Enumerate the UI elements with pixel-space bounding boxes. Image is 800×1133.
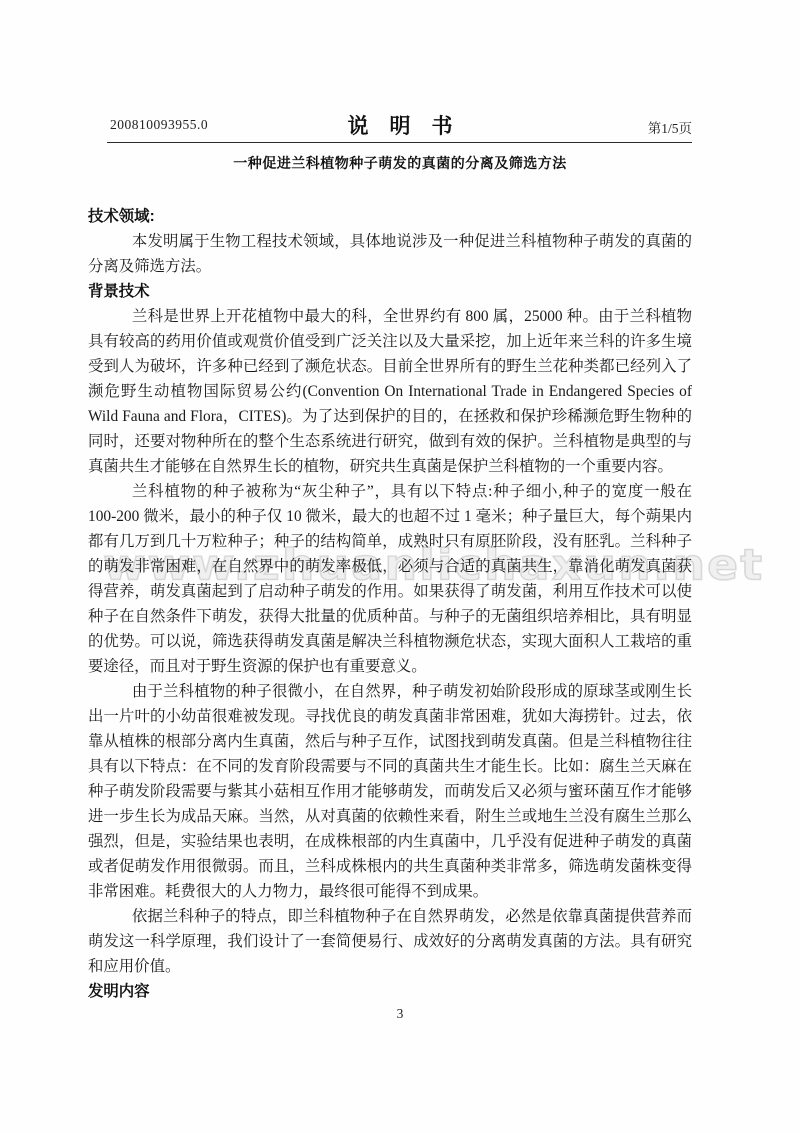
header-divider (107, 142, 692, 143)
section-heading-technical-field: 技术领域: (88, 204, 692, 229)
paragraph: 兰科是世界上开花植物中最大的科，全世界约有 800 属，25000 种。由于兰科… (88, 304, 692, 479)
paragraph: 由于兰科植物的种子很微小，在自然界，种子萌发初始阶段形成的原球茎或刚生长出一片叶… (88, 679, 692, 904)
invention-title: 一种促进兰科植物种子萌发的真菌的分离及筛选方法 (0, 153, 800, 173)
page-indicator: 第1/5页 (648, 117, 692, 137)
paragraph: 兰科植物的种子被称为“灰尘种子”，具有以下特点:种子细小,种子的宽度一般在 10… (88, 479, 692, 679)
document-body: 技术领域: 本发明属于生物工程技术领域，具体地说涉及一种促进兰科植物种子萌发的真… (88, 204, 692, 1004)
section-heading-background: 背景技术 (88, 279, 692, 304)
section-heading-invention-content: 发明内容 (88, 979, 692, 1004)
paragraph: 本发明属于生物工程技术领域，具体地说涉及一种促进兰科植物种子萌发的真菌的分离及筛… (88, 229, 692, 279)
page-number: 3 (0, 1006, 800, 1022)
patent-document-page: 200810093955.0 说 明 书 第1/5页 一种促进兰科植物种子萌发的… (0, 0, 800, 1133)
paragraph: 依据兰科种子的特点，即兰科植物种子在自然界萌发，必然是依靠真菌提供营养而萌发这一… (88, 904, 692, 979)
